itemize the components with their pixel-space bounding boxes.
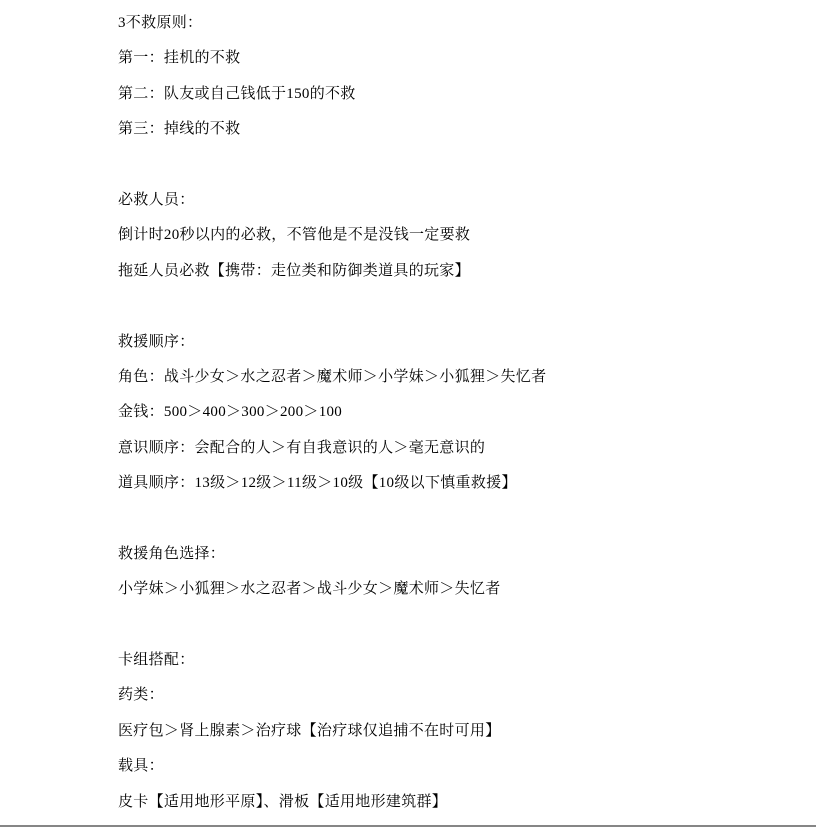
text-line: 角色：战斗少女＞水之忍者＞魔术师＞小学妹＞小狐狸＞失忆者 [118,360,796,395]
section-rescue-order: 救援顺序： 角色：战斗少女＞水之忍者＞魔术师＞小学妹＞小狐狸＞失忆者 金钱：50… [118,325,796,502]
text-line: 第三：掉线的不救 [118,112,796,147]
section-card-deck-setup: 卡组搭配： 药类： 医疗包＞肾上腺素＞治疗球【治疗球仅追捕不在时可用】 载具： … [118,643,796,820]
text-line: 拖延人员必救【携带：走位类和防御类道具的玩家】 [118,254,796,289]
section-rescue-character-choice: 救援角色选择： 小学妹＞小狐狸＞水之忍者＞战斗少女＞魔术师＞失忆者 [118,537,796,608]
section-heading: 3不救原则： [118,6,796,41]
section-heading: 救援角色选择： [118,537,796,572]
document-body: 3不救原则： 第一：挂机的不救 第二：队友或自己钱低于150的不救 第三：掉线的… [118,6,796,820]
text-line: 第一：挂机的不救 [118,41,796,76]
document-page: 3不救原则： 第一：挂机的不救 第二：队友或自己钱低于150的不救 第三：掉线的… [0,0,816,829]
section-must-rescue-personnel: 必救人员： 倒计时20秒以内的必救，不管他是不是没钱一定要救 拖延人员必救【携带… [118,183,796,289]
section-heading: 救援顺序： [118,325,796,360]
text-line: 医疗包＞肾上腺素＞治疗球【治疗球仅追捕不在时可用】 [118,714,796,749]
section-heading: 必救人员： [118,183,796,218]
text-line: 意识顺序：会配合的人＞有自我意识的人＞毫无意识的 [118,431,796,466]
text-line: 倒计时20秒以内的必救，不管他是不是没钱一定要救 [118,218,796,253]
text-line: 第二：队友或自己钱低于150的不救 [118,77,796,112]
text-line: 皮卡【适用地形平原】、滑板【适用地形建筑群】 [118,785,796,820]
text-line: 小学妹＞小狐狸＞水之忍者＞战斗少女＞魔术师＞失忆者 [118,572,796,607]
bottom-divider-line [0,825,816,827]
text-line: 载具： [118,749,796,784]
text-line: 道具顺序：13级＞12级＞11级＞10级【10级以下慎重救援】 [118,466,796,501]
section-heading: 卡组搭配： [118,643,796,678]
text-line: 药类： [118,678,796,713]
section-no-rescue-principles: 3不救原则： 第一：挂机的不救 第二：队友或自己钱低于150的不救 第三：掉线的… [118,6,796,148]
text-line: 金钱：500＞400＞300＞200＞100 [118,395,796,430]
